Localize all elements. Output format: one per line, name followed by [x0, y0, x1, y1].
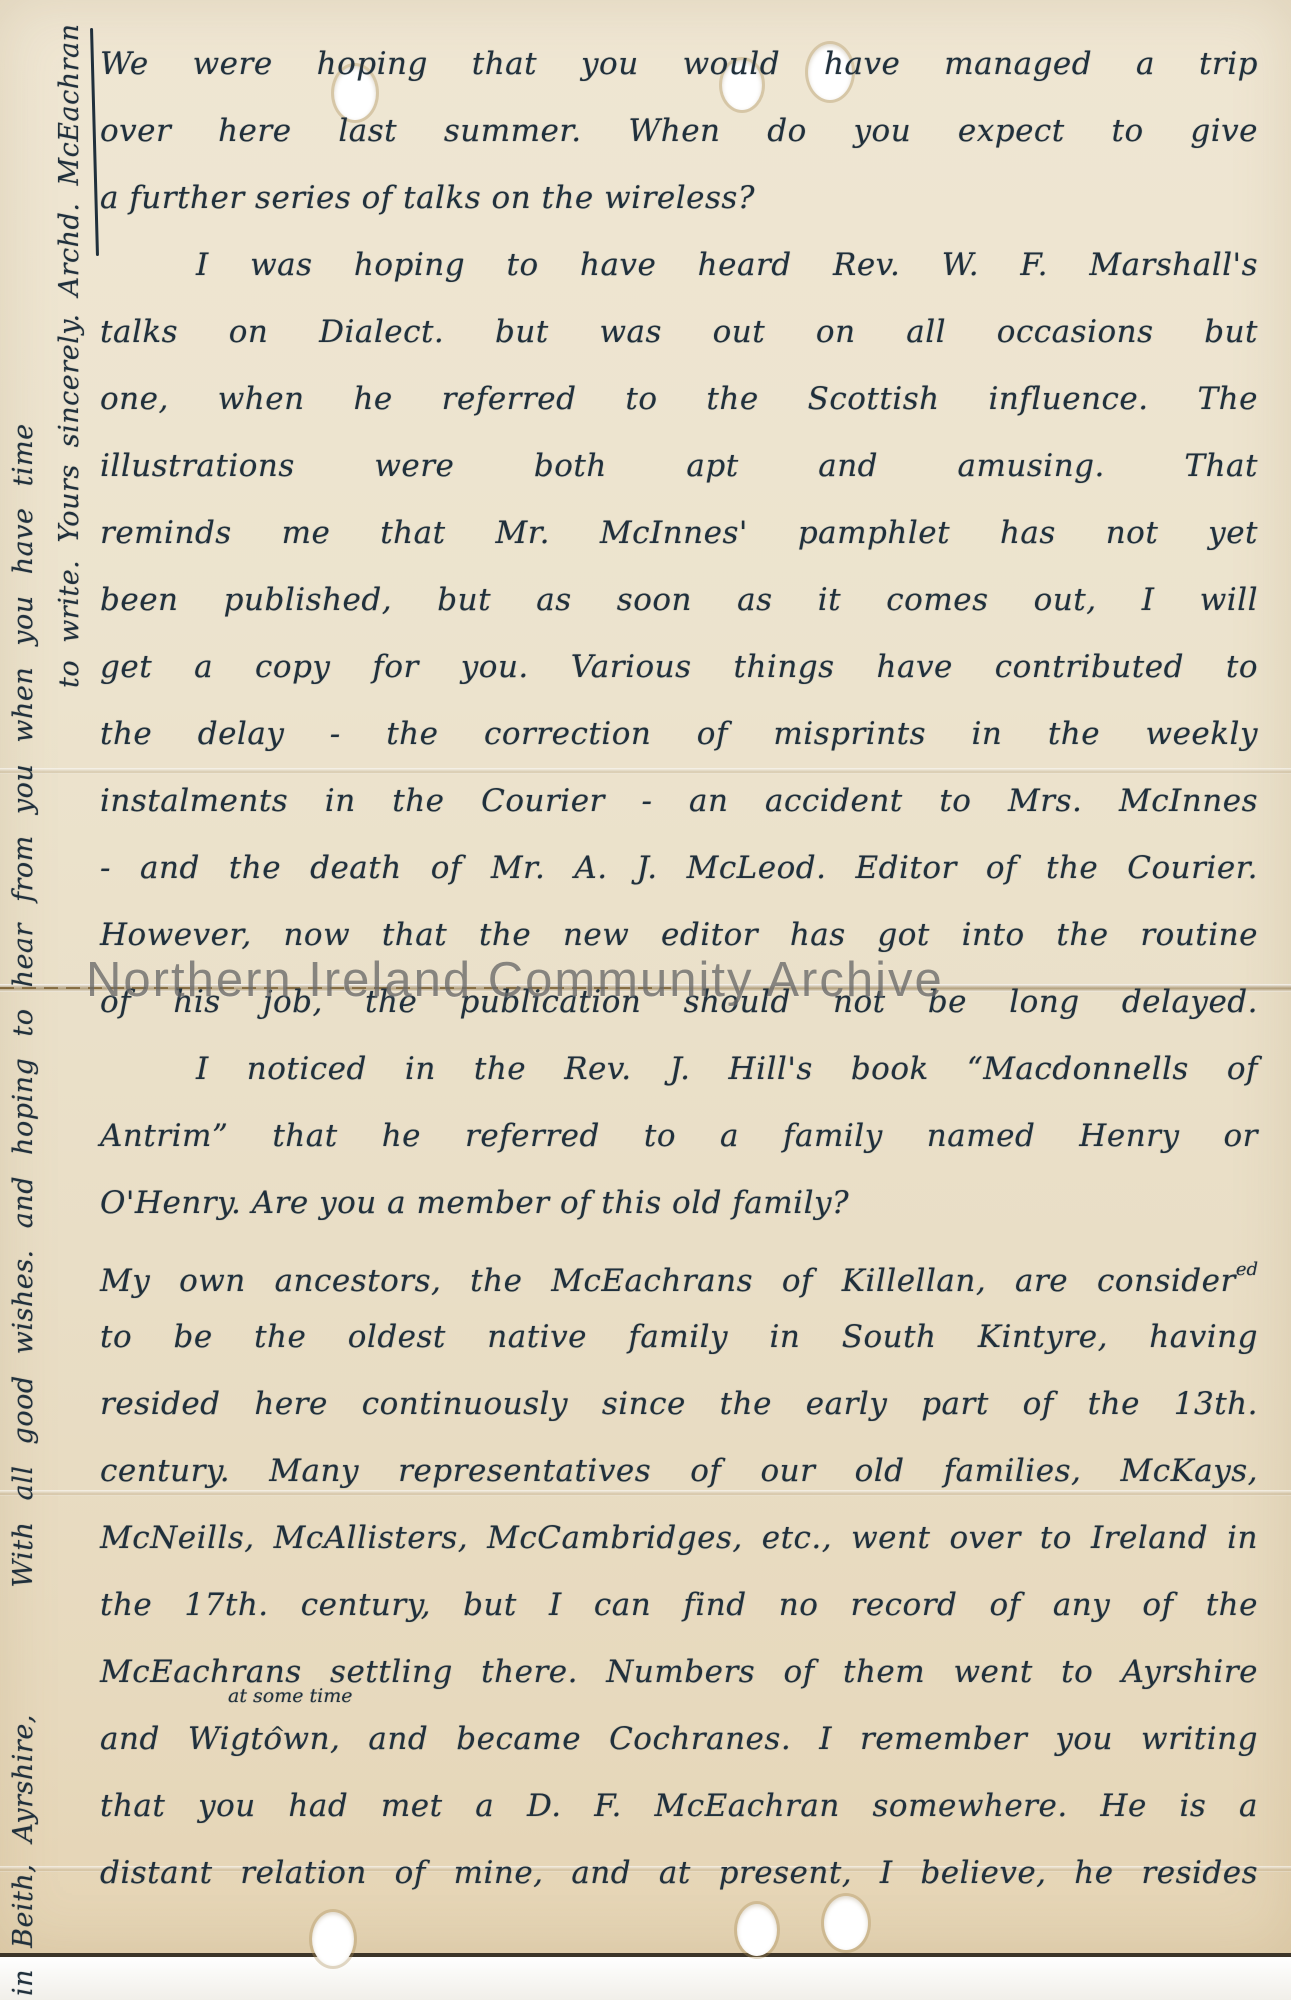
- insertion-note: at some time: [228, 1687, 352, 1706]
- letter-line: - and the death of Mr. A. J. McLeod. Edi…: [100, 838, 1258, 905]
- letter-line: a further series of talks on the wireles…: [100, 168, 1258, 235]
- letter-line: resided here continuously since the earl…: [100, 1374, 1258, 1441]
- letter-line: talks on Dialect. but was out on all occ…: [100, 302, 1258, 369]
- letter-line: century. Many representatives of our old…: [100, 1441, 1258, 1508]
- letter-line: the delay - the correction of misprints …: [100, 704, 1258, 771]
- letter-line: McNeills, McAllisters, McCambridges, etc…: [100, 1508, 1258, 1575]
- scanner-background: [0, 1957, 1291, 2000]
- letter-line: reminds me that Mr. McInnes' pamphlet ha…: [100, 503, 1258, 570]
- letter-line: My own ancestors, the McEachrans of Kill…: [100, 1240, 1258, 1307]
- letter-line: to be the oldest native family in South …: [100, 1307, 1258, 1374]
- margin-signature-inner: to write. Yours sincerely. Archd. McEach…: [54, 28, 85, 688]
- punch-hole: [312, 1912, 354, 1966]
- letter-line: that you had met a D. F. McEachran somew…: [100, 1776, 1258, 1843]
- letter-line: illustrations were both apt and amusing.…: [100, 436, 1258, 503]
- letter-line: the 17th. century, but I can find no rec…: [100, 1575, 1258, 1642]
- letter-line-text: My own ancestors, the McEachrans of Kill…: [100, 1263, 1236, 1299]
- punch-hole: [737, 1904, 777, 1956]
- letter-line: distant relation of mine, and at present…: [100, 1843, 1258, 1910]
- scanned-letter-page: We were hoping that you would have manag…: [0, 0, 1291, 2000]
- superscript-ed: ed: [1236, 1259, 1258, 1280]
- letter-line: O'Henry. Are you a member of this old fa…: [100, 1173, 1258, 1240]
- watermark-text: Northern Ireland Community Archive: [86, 952, 1204, 1008]
- letter-line: instalments in the Courier - an accident…: [100, 771, 1258, 838]
- letter-line: been published, but as soon as it comes …: [100, 570, 1258, 637]
- insertion-caret: ^: [270, 1725, 286, 1743]
- letter-line: get a copy for you. Various things have …: [100, 637, 1258, 704]
- letter-line: one, when he referred to the Scottish in…: [100, 369, 1258, 436]
- letter-line: I noticed in the Rev. J. Hill's book “Ma…: [100, 1039, 1258, 1106]
- margin-closing-outer: in Beith, Ayrshire, With all good wishes…: [8, 86, 39, 1996]
- letter-line: I was hoping to have heard Rev. W. F. Ma…: [100, 235, 1258, 302]
- letter-line: Antrim” that he referred to a family nam…: [100, 1106, 1258, 1173]
- letter-line: We were hoping that you would have manag…: [100, 34, 1258, 101]
- letter-line: at some time^and Wigtown, and became Coc…: [100, 1709, 1258, 1776]
- letter-line: over here last summer. When do you expec…: [100, 101, 1258, 168]
